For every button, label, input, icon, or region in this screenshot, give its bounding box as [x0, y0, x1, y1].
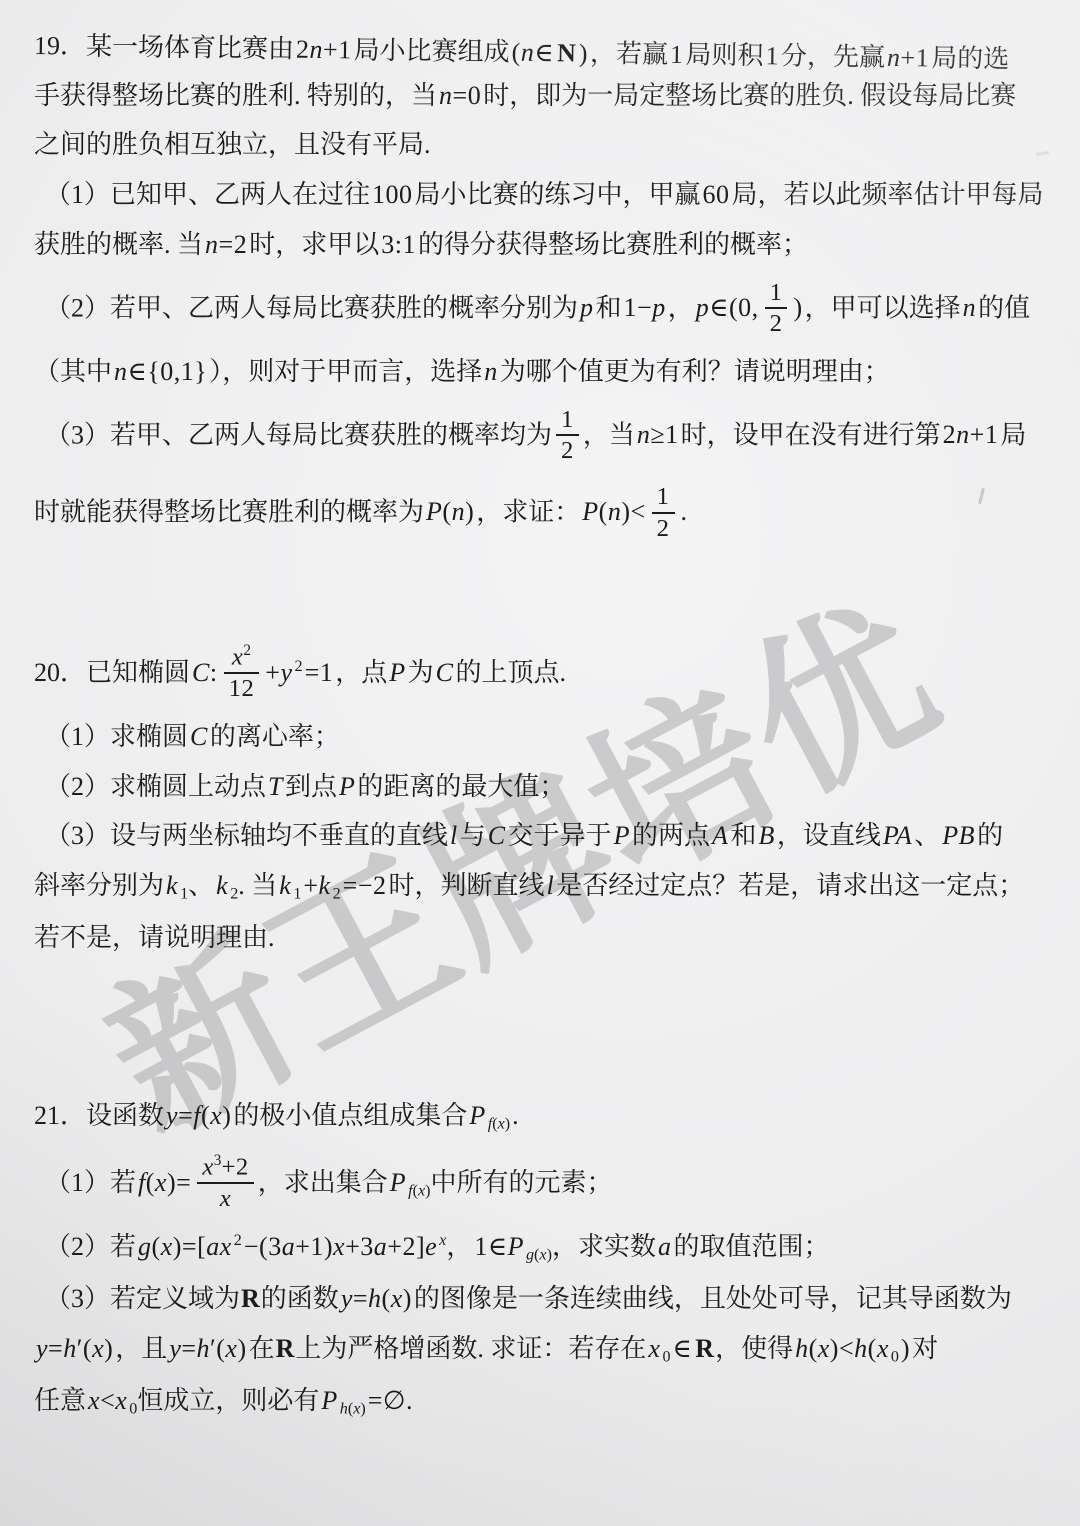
cjk-text: 时，求甲以 — [249, 230, 379, 259]
text-line: （3）若甲、乙两人每局比赛获胜的概率均为12，当n≥1时，设甲在没有进行第2n+… — [34, 406, 1046, 465]
math-run: 100 — [370, 180, 415, 209]
math-run: P — [612, 821, 632, 850]
math-run: P(n)< — [580, 497, 647, 526]
cjk-text: （2）若 — [45, 1232, 136, 1261]
cjk-text: 19．某一场体育比赛由 — [34, 31, 294, 64]
math-run: (n∈ — [509, 38, 556, 68]
math-run: T — [266, 772, 285, 801]
subscript: 2 — [333, 886, 341, 903]
math-run: C — [434, 658, 456, 687]
math-run: x<x — [86, 1386, 129, 1415]
math-run: n — [482, 357, 500, 386]
fraction-denominator: x — [197, 1184, 253, 1213]
fraction: 12 — [556, 406, 579, 465]
cjk-text: 为 — [408, 658, 434, 687]
cjk-text: 任意 — [34, 1386, 86, 1415]
cjk-text: （其中 — [34, 357, 112, 386]
text-line: 20．已知椭圆C:x212+y2=1，点P为C的上顶点. — [34, 642, 1046, 703]
math-run: . — [679, 497, 690, 526]
cjk-text: ，且 — [115, 1334, 167, 1363]
math-run: x — [220, 1185, 231, 1212]
cjk-text: 的两点 — [632, 821, 710, 850]
math-run: ∈ — [671, 1334, 695, 1363]
paragraph: （3）若甲、乙两人每局比赛获胜的概率均为12，当n≥1时，设甲在没有进行第2n+… — [34, 406, 1046, 543]
math-run: =1 — [303, 658, 336, 687]
fraction-denominator: 2 — [556, 436, 579, 465]
math-run: A — [710, 821, 730, 850]
cjk-text: 局小比赛的练习中，甲赢 — [415, 180, 701, 209]
math-run: y=h′(x) — [167, 1334, 248, 1363]
cjk-text: 为哪个值更为有利？请说明理由； — [500, 357, 890, 386]
paragraph: （3）若定义域为R的函数y=h(x)的图像是一条连续曲线，且处处可导，记其导函数… — [34, 1283, 1046, 1419]
cjk-text: 、 — [914, 821, 940, 850]
fraction-denominator: 2 — [765, 309, 788, 338]
cjk-text: （1）已知甲、乙两人在过往 — [45, 180, 370, 209]
cjk-text: 对 — [912, 1334, 938, 1363]
math-run: +y — [263, 658, 294, 687]
bold-set-symbol: R — [275, 1334, 296, 1363]
cjk-text: ，求实数 — [552, 1232, 656, 1261]
math-run: 2n+1 — [941, 420, 1001, 449]
cjk-text: （3）设与两坐标轴均不垂直的直线 — [45, 821, 448, 850]
cjk-text: （3）若定义域为 — [45, 1284, 240, 1313]
problem-21: 21．设函数y=f(x)的极小值点组成集合Pf(x).（1）若f(x)=x3+2… — [34, 1100, 1046, 1419]
cjk-text: 的 — [977, 821, 1003, 850]
math-run: 1 — [668, 40, 686, 69]
math-run: n=2 — [203, 230, 249, 259]
paragraph: （1）若f(x)=x3+2x，求出集合Pf(x)中所有的元素； — [34, 1152, 1046, 1213]
cjk-text: （3）若甲、乙两人每局比赛获胜的概率均为 — [45, 420, 552, 449]
math-run: P — [467, 1101, 487, 1130]
subscript: f(x) — [408, 1183, 430, 1200]
text-line: 获胜的概率. 当n=2时，求甲以3:1的得分获得整场比赛胜利的概率； — [34, 229, 1046, 261]
math-run: 2 — [657, 515, 670, 542]
paragraph: 19．某一场体育比赛由2n+1局小比赛组成(n∈N)，若赢1局则积1分，先赢n+… — [34, 30, 1046, 161]
cjk-text: 时，即为一局定整场比赛的胜负. 假设每局比赛 — [483, 81, 1016, 110]
math-run: x — [202, 1154, 213, 1181]
math-run: P — [337, 772, 357, 801]
math-run: 2 — [561, 437, 574, 464]
text-line: （2）若甲、乙两人每局比赛获胜的概率分别为p和1−p，p∈(0,12)，甲可以选… — [34, 279, 1046, 338]
fraction-denominator: 12 — [224, 674, 260, 703]
math-run: P — [388, 1168, 408, 1197]
math-run: n∈{0,1} — [112, 357, 209, 386]
text-line: 19．某一场体育比赛由2n+1局小比赛组成(n∈N)，若赢1局则积1分，先赢n+… — [34, 30, 1046, 76]
paragraph: （1）求椭圆C的离心率； — [34, 721, 1046, 753]
math-run: ) — [899, 1334, 912, 1363]
math-run: g(x)=[ax — [136, 1232, 234, 1261]
math-run: a — [656, 1232, 674, 1261]
cjk-text: 若不是，请说明理由. — [34, 923, 275, 952]
subscript: 0 — [891, 1348, 899, 1365]
problem-19: 19．某一场体育比赛由2n+1局小比赛组成(n∈N)，若赢1局则积1分，先赢n+… — [34, 30, 1046, 542]
cjk-text: ，当 — [583, 420, 635, 449]
cjk-text: 的图像是一条连续曲线，且处处可导，记其导函数为 — [414, 1284, 1012, 1313]
cjk-text: 的得分获得整场比赛胜利的概率； — [418, 230, 808, 259]
text-line: （2）若g(x)=[ax2−(3a+1)x+3a+2]ex，1∈Pg(x)，求实… — [34, 1231, 1046, 1265]
cjk-text: 的离心率； — [210, 722, 340, 751]
math-run: 1 — [657, 483, 670, 510]
cjk-text: . 当 — [238, 871, 277, 900]
math-run: 3:1 — [379, 230, 418, 259]
text-line: 任意x<x0恒成立，则必有Ph(x)=∅. — [34, 1385, 1046, 1419]
subscript: 0 — [662, 1348, 670, 1365]
text-line: （1）求椭圆C的离心率； — [34, 721, 1046, 753]
math-run: x — [646, 1334, 662, 1363]
math-run: 12 — [229, 675, 255, 702]
fraction-denominator: 2 — [652, 514, 675, 543]
cjk-text: ，设直线 — [777, 821, 881, 850]
paragraph: （2）若g(x)=[ax2−(3a+1)x+3a+2]ex，1∈Pg(x)，求实… — [34, 1231, 1046, 1265]
cjk-text: 在 — [249, 1334, 275, 1363]
paragraph: （3）设与两坐标轴均不垂直的直线l与C交于异于P的两点A和B，设直线PA、PB的… — [34, 820, 1046, 954]
math-run: y=f(x) — [164, 1101, 233, 1130]
cjk-text: 手获得整场比赛的胜利. 特别的，当 — [34, 81, 437, 110]
cjk-text: 20．已知椭圆 — [34, 658, 190, 687]
math-run: . — [510, 1101, 521, 1130]
text-line: （其中n∈{0,1}），则对于甲而言，选择n为哪个值更为有利？请说明理由； — [34, 356, 1046, 388]
cjk-text: 交于异于 — [508, 821, 612, 850]
math-run: h(x)<h(x — [793, 1334, 891, 1363]
cjk-text: ， — [446, 1232, 472, 1261]
text-line: 斜率分别为k1、k2. 当k1+k2=−2时，判断直线l是否经过定点？若是，请求… — [34, 870, 1046, 904]
math-run: n=0 — [437, 81, 483, 110]
cjk-text: ，点 — [335, 658, 387, 687]
fraction: x212 — [224, 642, 260, 703]
fraction-numerator: 1 — [765, 279, 788, 310]
math-run: 1 — [561, 406, 574, 433]
problem-20: 20．已知椭圆C:x212+y2=1，点P为C的上顶点.（1）求椭圆C的离心率；… — [34, 642, 1046, 954]
cjk-text: ，求出集合 — [258, 1168, 388, 1197]
math-run: 1 — [763, 41, 781, 70]
cjk-text: 局则积 — [685, 40, 763, 70]
cjk-text: ，甲可以选择 — [805, 293, 961, 322]
cjk-text: （1）求椭圆 — [45, 722, 188, 751]
subscript: h(x) — [340, 1401, 366, 1418]
fraction-numerator: x2 — [224, 642, 260, 674]
text-line: （3）设与两坐标轴均不垂直的直线l与C交于异于P的两点A和B，设直线PA、PB的 — [34, 820, 1046, 852]
cjk-text: 斜率分别为 — [34, 871, 164, 900]
math-run: PA — [881, 821, 914, 850]
cjk-text: 局小比赛组成 — [353, 35, 509, 66]
superscript: 2 — [243, 642, 251, 659]
cjk-text: 恒成立，则必有 — [137, 1386, 319, 1415]
math-run: n+1 — [885, 43, 932, 73]
math-run: C: — [190, 658, 220, 687]
math-run: PB — [940, 821, 977, 850]
text-line: 若不是，请说明理由. — [34, 922, 1046, 954]
cjk-text: 的距离的最大值； — [357, 772, 565, 801]
math-run: f(x)= — [136, 1168, 193, 1197]
paragraph: （2）求椭圆上动点T到点P的距离的最大值； — [34, 771, 1046, 803]
cjk-text: （1）若 — [45, 1168, 136, 1197]
cjk-text: ， — [668, 293, 694, 322]
cjk-text: 上为严格增函数. 求证：若存在 — [295, 1334, 646, 1363]
math-run: ) — [791, 293, 804, 322]
cjk-text: （2）求椭圆上动点 — [45, 772, 266, 801]
math-run: 2n+1 — [294, 35, 354, 65]
cjk-text: 之间的胜负相互独立，且没有平局. — [34, 130, 431, 159]
cjk-text: 时，设甲在没有进行第 — [681, 420, 941, 449]
subscript: 1 — [180, 886, 188, 903]
cjk-text: 和 — [596, 293, 622, 322]
text-line: 手获得整场比赛的胜利. 特别的，当n=0时，即为一局定整场比赛的胜负. 假设每局… — [34, 80, 1046, 112]
fraction: 12 — [765, 279, 788, 338]
cjk-text: 局，若以此频率估计甲每局 — [732, 180, 1044, 209]
math-run: k — [164, 871, 180, 900]
subscript: g(x) — [526, 1247, 552, 1264]
fraction-numerator: 1 — [556, 406, 579, 437]
cjk-text: 21．设函数 — [34, 1101, 164, 1130]
math-run: l — [448, 821, 460, 850]
math-run: 1−p — [622, 293, 668, 322]
cjk-text: 局的选 — [931, 44, 1009, 74]
bold-set-symbol: N — [556, 38, 577, 67]
math-run: =−2 — [341, 871, 389, 900]
cjk-text: ，若赢 — [590, 39, 668, 69]
cjk-text: ），则对于甲而言，选择 — [209, 357, 482, 386]
math-run: 1∈P — [472, 1232, 526, 1261]
math-run: 2 — [770, 310, 783, 337]
bold-set-symbol: R — [240, 1284, 261, 1313]
math-run: +2 — [221, 1154, 248, 1181]
cjk-text: ，使得 — [715, 1334, 793, 1363]
paragraph: （2）若甲、乙两人每局比赛获胜的概率分别为p和1−p，p∈(0,12)，甲可以选… — [34, 279, 1046, 388]
fraction: x3+2x — [197, 1152, 253, 1213]
bold-set-symbol: R — [694, 1334, 715, 1363]
text-line: 之间的胜负相互独立，且没有平局. — [34, 129, 1046, 161]
paragraph: （1）已知甲、乙两人在过往100局小比赛的练习中，甲赢60局，若以此频率估计甲每… — [34, 179, 1046, 260]
text-line: 时就能获得整场比赛胜利的概率为P(n)，求证：P(n)<12. — [34, 483, 1046, 542]
math-run: 1 — [770, 279, 783, 306]
math-run: p — [578, 293, 596, 322]
superscript: 2 — [234, 1232, 242, 1249]
cjk-text: 、 — [188, 871, 214, 900]
text-line: （2）求椭圆上动点T到点P的距离的最大值； — [34, 771, 1046, 803]
math-run: C — [486, 821, 508, 850]
math-run: k — [214, 871, 230, 900]
cjk-text: 与 — [460, 821, 486, 850]
math-run: x — [232, 644, 243, 671]
subscript: f(x) — [488, 1116, 510, 1133]
math-run: l — [545, 871, 557, 900]
math-run: k — [277, 871, 293, 900]
fraction: 12 — [652, 483, 675, 542]
math-run: P — [319, 1386, 339, 1415]
cjk-text: 时就能获得整场比赛胜利的概率为 — [34, 497, 424, 526]
math-run: =∅. — [366, 1386, 415, 1415]
math-run: 60 — [701, 180, 732, 209]
math-run: +k — [301, 871, 332, 900]
cjk-text: 的上顶点. — [456, 658, 567, 687]
math-run: y=h′(x) — [34, 1334, 115, 1363]
math-run: P(n) — [424, 497, 476, 526]
cjk-text: 的极小值点组成集合 — [233, 1101, 467, 1130]
text-line: （3）若定义域为R的函数y=h(x)的图像是一条连续曲线，且处处可导，记其导函数… — [34, 1283, 1046, 1315]
cjk-text: 的值 — [978, 293, 1030, 322]
cjk-text: 获胜的概率. 当 — [34, 230, 203, 259]
cjk-text: 和 — [730, 821, 756, 850]
cjk-text: 中所有的元素； — [431, 1168, 613, 1197]
cjk-text: （2）若甲、乙两人每局比赛获胜的概率分别为 — [45, 293, 578, 322]
fraction-numerator: 1 — [652, 483, 675, 514]
math-run: −(3a+1)x+3a+2]e — [242, 1232, 439, 1261]
cjk-text: 是否经过定点？若是，请求出这一定点； — [556, 871, 1024, 900]
cjk-text: 的函数 — [261, 1284, 339, 1313]
text-line: y=h′(x)，且y=h′(x)在R上为严格增函数. 求证：若存在x0∈R，使得… — [34, 1333, 1046, 1367]
superscript: 2 — [295, 658, 303, 675]
paragraph: 20．已知椭圆C:x212+y2=1，点P为C的上顶点. — [34, 642, 1046, 703]
text-line: （1）已知甲、乙两人在过往100局小比赛的练习中，甲赢60局，若以此频率估计甲每… — [34, 179, 1046, 211]
math-run: y=h(x) — [339, 1284, 414, 1313]
math-run: p∈(0, — [694, 293, 761, 322]
fraction-numerator: x3+2 — [197, 1152, 253, 1184]
problems-container: 19．某一场体育比赛由2n+1局小比赛组成(n∈N)，若赢1局则积1分，先赢n+… — [0, 0, 1080, 1526]
math-run: C — [188, 722, 210, 751]
cjk-text: ，求证： — [476, 497, 580, 526]
math-run: n≥1 — [635, 420, 681, 449]
cjk-text: 局 — [1000, 420, 1026, 449]
math-run: P — [387, 658, 407, 687]
cjk-text: 分，先赢 — [781, 41, 885, 71]
math-run: ) — [577, 39, 591, 68]
paragraph: 21．设函数y=f(x)的极小值点组成集合Pf(x). — [34, 1100, 1046, 1134]
math-run: B — [756, 821, 776, 850]
cjk-text: 的取值范围； — [673, 1232, 829, 1261]
text-line: （1）若f(x)=x3+2x，求出集合Pf(x)中所有的元素； — [34, 1152, 1046, 1213]
cjk-text: 时，判断直线 — [389, 871, 545, 900]
math-run: n — [961, 293, 979, 322]
cjk-text: 到点 — [285, 772, 337, 801]
text-line: 21．设函数y=f(x)的极小值点组成集合Pf(x). — [34, 1100, 1046, 1134]
